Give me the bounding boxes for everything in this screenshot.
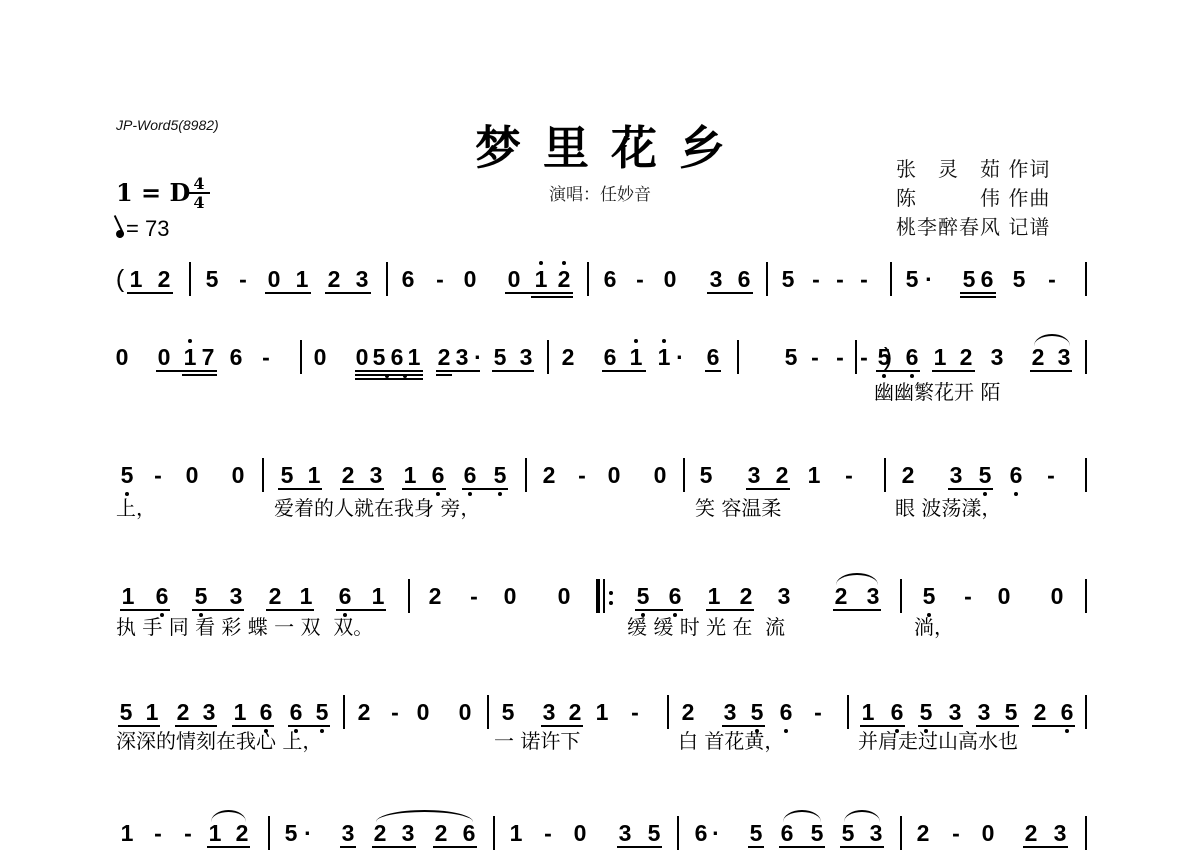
bar-line: [547, 340, 549, 374]
note-token: 2: [566, 700, 584, 724]
note-token: 5: [748, 700, 766, 724]
underline-beam: [748, 846, 764, 848]
dot-token: ·: [299, 821, 317, 845]
note-token: 0: [505, 267, 523, 291]
note-token: 0: [979, 821, 997, 845]
high-octave-dot: [188, 339, 192, 343]
note-token: 5: [117, 700, 135, 724]
underline-beam: [705, 370, 721, 372]
note-token: 5: [491, 345, 509, 369]
underline-beam: [860, 725, 905, 727]
bar-line: [408, 579, 410, 613]
repeat-start-thin: [603, 579, 605, 613]
lyricist-credit: 张 灵 茹 作词: [896, 153, 1050, 182]
dash-token: -: [257, 345, 275, 369]
note-token: 6: [601, 345, 619, 369]
note-token: 2: [371, 821, 389, 845]
note-token: 0: [555, 584, 573, 608]
underline-beam: [207, 846, 250, 848]
lyric-line: 执 手 同 看 彩 蝶 一 双 双。: [116, 616, 373, 638]
note-token: 6: [888, 700, 906, 724]
note-token: 3: [721, 700, 739, 724]
note-token: 2: [174, 700, 192, 724]
dash-token: -: [1043, 267, 1061, 291]
note-token: 5: [960, 267, 978, 291]
time-denominator: 4: [188, 195, 210, 210]
underline-beam: [706, 609, 754, 611]
note-token: 6: [601, 267, 619, 291]
underline-beam: [372, 846, 416, 848]
lyric-line: 眼 波荡漾，: [895, 497, 1001, 519]
note-token: 0: [414, 700, 432, 724]
note-token: 2: [435, 345, 453, 369]
underline-beam: [355, 378, 423, 380]
note-token: 0: [571, 821, 589, 845]
note-token: 2: [426, 584, 444, 608]
dash-token: -: [855, 267, 873, 291]
note-token: 1: [119, 584, 137, 608]
tie-slur: [376, 810, 473, 822]
note-token: 1: [507, 821, 525, 845]
dash-token: -: [626, 700, 644, 724]
note-token: 3: [864, 584, 882, 608]
note-token: 2: [266, 584, 284, 608]
underline-beam: [278, 488, 322, 490]
dash-token: -: [831, 267, 849, 291]
note-token: 1: [593, 700, 611, 724]
underline-beam: [1032, 725, 1075, 727]
underline-beam: [722, 725, 765, 727]
note-token: 5: [634, 584, 652, 608]
note-token: 1: [305, 463, 323, 487]
time-signature: 4 4: [188, 176, 210, 210]
underline-beam: [960, 292, 996, 294]
bar-line: [343, 695, 345, 729]
bar-line: [890, 262, 892, 296]
note-token: 6: [778, 821, 796, 845]
note-token: 1: [297, 584, 315, 608]
note-token: 5: [875, 345, 893, 369]
underline-beam: [118, 725, 160, 727]
note-token: 6: [666, 584, 684, 608]
note-token: 0: [353, 345, 371, 369]
note-token: 2: [1031, 700, 1049, 724]
note-token: 3: [227, 584, 245, 608]
note-token: 2: [325, 267, 343, 291]
bar-line: [268, 816, 270, 850]
lyric-line: 淌，: [914, 616, 954, 638]
note-token: 5: [1010, 267, 1028, 291]
dash-token: -: [573, 463, 591, 487]
underline-beam: [1023, 846, 1068, 848]
dash-token: -: [855, 345, 873, 369]
note-token: 6: [903, 345, 921, 369]
note-token: 5: [203, 267, 221, 291]
note-token: 5: [839, 821, 857, 845]
bar-line: [900, 816, 902, 850]
low-octave-dot: [385, 374, 389, 378]
note-token: 2: [339, 463, 357, 487]
underline-beam: [436, 370, 480, 372]
note-token: 5: [1002, 700, 1020, 724]
note-token: 1: [931, 345, 949, 369]
note-token: 3: [707, 267, 725, 291]
dot-token: ·: [707, 821, 725, 845]
note-token: 3: [946, 700, 964, 724]
note-token: 0: [995, 584, 1013, 608]
repeat-start-thick: [596, 579, 600, 613]
dash-token: -: [149, 463, 167, 487]
bar-line: [1085, 458, 1087, 492]
note-token: 3: [353, 267, 371, 291]
bar-line: [766, 262, 768, 296]
low-octave-dot: [784, 729, 788, 733]
underline-beam: [265, 292, 311, 294]
lyric-line: 爱着的人就在我身 旁，: [274, 497, 480, 519]
note-token: 5: [697, 463, 715, 487]
dash-token: -: [831, 345, 849, 369]
underline-beam: [266, 609, 314, 611]
note-token: 6: [735, 267, 753, 291]
bar-line: [386, 262, 388, 296]
repeat-dot: [609, 601, 613, 605]
underline-beam: [1030, 370, 1072, 372]
note-token: 3: [745, 463, 763, 487]
underline-beam: [918, 725, 963, 727]
low-octave-dot: [498, 492, 502, 496]
composer-credit: 陈 伟 作曲: [896, 182, 1050, 211]
lyric-line: 白 首花黄，: [678, 730, 784, 752]
note-token: 6: [1058, 700, 1076, 724]
bar-line: [587, 262, 589, 296]
underline-beam: [156, 370, 217, 372]
note-token: 1: [143, 700, 161, 724]
underline-beam: [602, 370, 646, 372]
note-token: 7: [199, 345, 217, 369]
key-signature: 1 = D: [116, 178, 190, 207]
underline-beam: [531, 296, 573, 298]
underline-beam: [120, 609, 170, 611]
note-token: 3: [616, 821, 634, 845]
note-token: 1: [118, 821, 136, 845]
bar-line: [487, 695, 489, 729]
note-token: 6: [777, 700, 795, 724]
note-token: 5: [282, 821, 300, 845]
note-token: 1: [206, 821, 224, 845]
note-token: 6: [1007, 463, 1025, 487]
underline-beam: [402, 488, 446, 490]
note-token: 2: [1029, 345, 1047, 369]
underline-beam: [505, 292, 573, 294]
high-octave-dot: [662, 339, 666, 343]
underline-beam: [840, 846, 884, 848]
high-octave-dot: [539, 261, 543, 265]
dash-token: -: [840, 463, 858, 487]
bar-line: [677, 816, 679, 850]
dash-token: -: [149, 821, 167, 845]
dot-token: ·: [469, 345, 487, 369]
dash-token: -: [386, 700, 404, 724]
note-token: 1: [231, 700, 249, 724]
note-token: 6: [429, 463, 447, 487]
underline-beam: [635, 609, 683, 611]
underline-beam: [232, 725, 274, 727]
dash-token: -: [179, 821, 197, 845]
underline-beam: [960, 296, 996, 298]
note-token: 6: [336, 584, 354, 608]
note-token: 3: [339, 821, 357, 845]
underline-beam: [355, 374, 423, 376]
lyric-line: 深深的情刻在我心 上，: [116, 730, 322, 752]
underline-beam: [707, 292, 753, 294]
note-token: 3: [540, 700, 558, 724]
low-octave-dot: [1065, 729, 1069, 733]
lyric-line: 缓 缓 时 光 在 流: [627, 616, 785, 638]
underline-beam: [932, 370, 975, 372]
note-token: 6: [460, 821, 478, 845]
note-token: 3: [867, 821, 885, 845]
note-token: 2: [432, 821, 450, 845]
tie-slur: [844, 810, 880, 822]
underline-beam: [876, 370, 920, 372]
bar-line: [1085, 579, 1087, 613]
bar-line: [1085, 816, 1087, 850]
low-octave-dot: [910, 374, 914, 378]
note-token: 0: [461, 267, 479, 291]
underline-beam: [976, 725, 1019, 727]
note-token: 0: [265, 267, 283, 291]
note-token: 5: [917, 700, 935, 724]
lyric-line: 并肩走过山高水也: [858, 730, 1018, 752]
note-token: 1: [532, 267, 550, 291]
note-token: 2: [233, 821, 251, 845]
underline-beam: [433, 846, 477, 848]
underline-beam: [182, 374, 217, 376]
note-token: 3: [517, 345, 535, 369]
note-token: 2: [899, 463, 917, 487]
dash-token: -: [1042, 463, 1060, 487]
underline-beam: [617, 846, 662, 848]
note-token: 1: [805, 463, 823, 487]
note-token: 6: [704, 345, 722, 369]
note-token: 1: [627, 345, 645, 369]
dash-token: -: [431, 267, 449, 291]
high-octave-dot: [634, 339, 638, 343]
note-token: 0: [183, 463, 201, 487]
dash-token: -: [959, 584, 977, 608]
note-token: 3: [775, 584, 793, 608]
note-token: 5: [903, 267, 921, 291]
high-octave-dot: [562, 261, 566, 265]
low-octave-dot: [403, 374, 407, 378]
note-token: 5: [491, 463, 509, 487]
note-token: 0: [456, 700, 474, 724]
note-token: 6: [287, 700, 305, 724]
note-token: 3: [947, 463, 965, 487]
note-token: 3: [1055, 345, 1073, 369]
note-token: 1: [181, 345, 199, 369]
underline-beam: [746, 488, 790, 490]
note-token: 5: [920, 584, 938, 608]
note-token: 5: [499, 700, 517, 724]
bar-line: [189, 262, 191, 296]
underline-beam: [436, 374, 452, 376]
note-token: 5: [313, 700, 331, 724]
note-token: 3: [200, 700, 218, 724]
note-token: 5: [808, 821, 826, 845]
note-token: 3: [988, 345, 1006, 369]
bar-line: [667, 695, 669, 729]
dash-token: -: [807, 267, 825, 291]
bar-line: [683, 458, 685, 492]
tie-slur: [836, 573, 878, 585]
note-token: 5: [370, 345, 388, 369]
note-token: 2: [540, 463, 558, 487]
bar-line: [493, 816, 495, 850]
lyric-line: 幽幽繁花开 陌: [874, 381, 1000, 403]
dash-token: -: [539, 821, 557, 845]
note-token: 6: [978, 267, 996, 291]
note-token: 6: [257, 700, 275, 724]
underline-beam: [541, 725, 583, 727]
note-token: 2: [679, 700, 697, 724]
underline-beam: [833, 609, 881, 611]
tie-slur: [1034, 334, 1070, 346]
underline-beam: [192, 609, 244, 611]
underline-beam: [340, 846, 356, 848]
note-token: 3: [975, 700, 993, 724]
dot-token: ·: [671, 345, 689, 369]
underline-beam: [127, 292, 173, 294]
bar-line: [884, 458, 886, 492]
tie-slur: [211, 810, 246, 822]
bar-line: [847, 695, 849, 729]
dash-token: -: [234, 267, 252, 291]
note-token: 5: [976, 463, 994, 487]
dash-token: -: [631, 267, 649, 291]
underline-beam: [355, 370, 423, 372]
note-token: 2: [737, 584, 755, 608]
tempo-marking: = 73: [116, 216, 169, 242]
note-token: 2: [355, 700, 373, 724]
dash-token: -: [465, 584, 483, 608]
note-token: 2: [773, 463, 791, 487]
note-token: 3: [1051, 821, 1069, 845]
underline-beam: [492, 370, 534, 372]
low-octave-dot: [1014, 492, 1018, 496]
note-token: 0: [311, 345, 329, 369]
note-token: 5: [278, 463, 296, 487]
repeat-dot: [609, 591, 613, 595]
underline-beam: [948, 488, 993, 490]
dash-token: -: [806, 345, 824, 369]
note-token: 0: [1048, 584, 1066, 608]
underline-beam: [340, 488, 384, 490]
note-token: 5: [118, 463, 136, 487]
underline-beam: [336, 609, 386, 611]
dash-token: -: [947, 821, 965, 845]
note-token: 1: [405, 345, 423, 369]
note-token: 6: [399, 267, 417, 291]
note-token: 5: [782, 345, 800, 369]
note-token: 0: [605, 463, 623, 487]
note-token: 5: [747, 821, 765, 845]
note-token: 5: [779, 267, 797, 291]
note-token: 2: [832, 584, 850, 608]
note-token: 1: [293, 267, 311, 291]
note-token: 0: [113, 345, 131, 369]
note-token: 6: [388, 345, 406, 369]
lyric-line: 笑 容温柔: [695, 497, 781, 519]
note-token: 0: [501, 584, 519, 608]
lyric-line: 一 诺许下: [494, 730, 580, 752]
note-token: 6: [227, 345, 245, 369]
underline-beam: [779, 846, 825, 848]
note-token: 0: [155, 345, 173, 369]
note-token: 0: [661, 267, 679, 291]
underline-beam: [325, 292, 371, 294]
bar-line: [1085, 262, 1087, 296]
bar-line: [1085, 340, 1087, 374]
quarter-note-icon: [115, 229, 126, 240]
note-token: 2: [155, 267, 173, 291]
note-token: 3: [367, 463, 385, 487]
time-numerator: 4: [188, 176, 210, 191]
note-token: 1: [859, 700, 877, 724]
tempo-value: = 73: [126, 216, 169, 241]
underline-beam: [288, 725, 330, 727]
bar-line: [262, 458, 264, 492]
bar-line: [737, 340, 739, 374]
bar-line: [300, 340, 302, 374]
note-token: 2: [957, 345, 975, 369]
note-token: 5: [645, 821, 663, 845]
note-token: 1: [127, 267, 145, 291]
note-token: 3: [399, 821, 417, 845]
note-token: 2: [555, 267, 573, 291]
lyric-line: 上，: [116, 497, 156, 519]
note-token: 1: [401, 463, 419, 487]
note-token: 0: [229, 463, 247, 487]
bar-line: [1085, 695, 1087, 729]
bar-line: [900, 579, 902, 613]
low-octave-dot: [882, 374, 886, 378]
dash-token: -: [809, 700, 827, 724]
note-token: 5: [192, 584, 210, 608]
note-token: 1: [369, 584, 387, 608]
note-token: 2: [914, 821, 932, 845]
dot-token: ·: [920, 267, 938, 291]
note-token: 1: [705, 584, 723, 608]
bar-line: [855, 340, 857, 374]
note-token: 0: [651, 463, 669, 487]
note-token: 6: [153, 584, 171, 608]
note-token: 2: [1022, 821, 1040, 845]
underline-beam: [175, 725, 217, 727]
tie-slur: [783, 810, 821, 822]
transcriber-credit: 桃李醉春风 记谱: [896, 211, 1050, 240]
underline-beam: [462, 488, 508, 490]
bar-line: [525, 458, 527, 492]
note-token: 2: [559, 345, 577, 369]
note-token: 6: [461, 463, 479, 487]
